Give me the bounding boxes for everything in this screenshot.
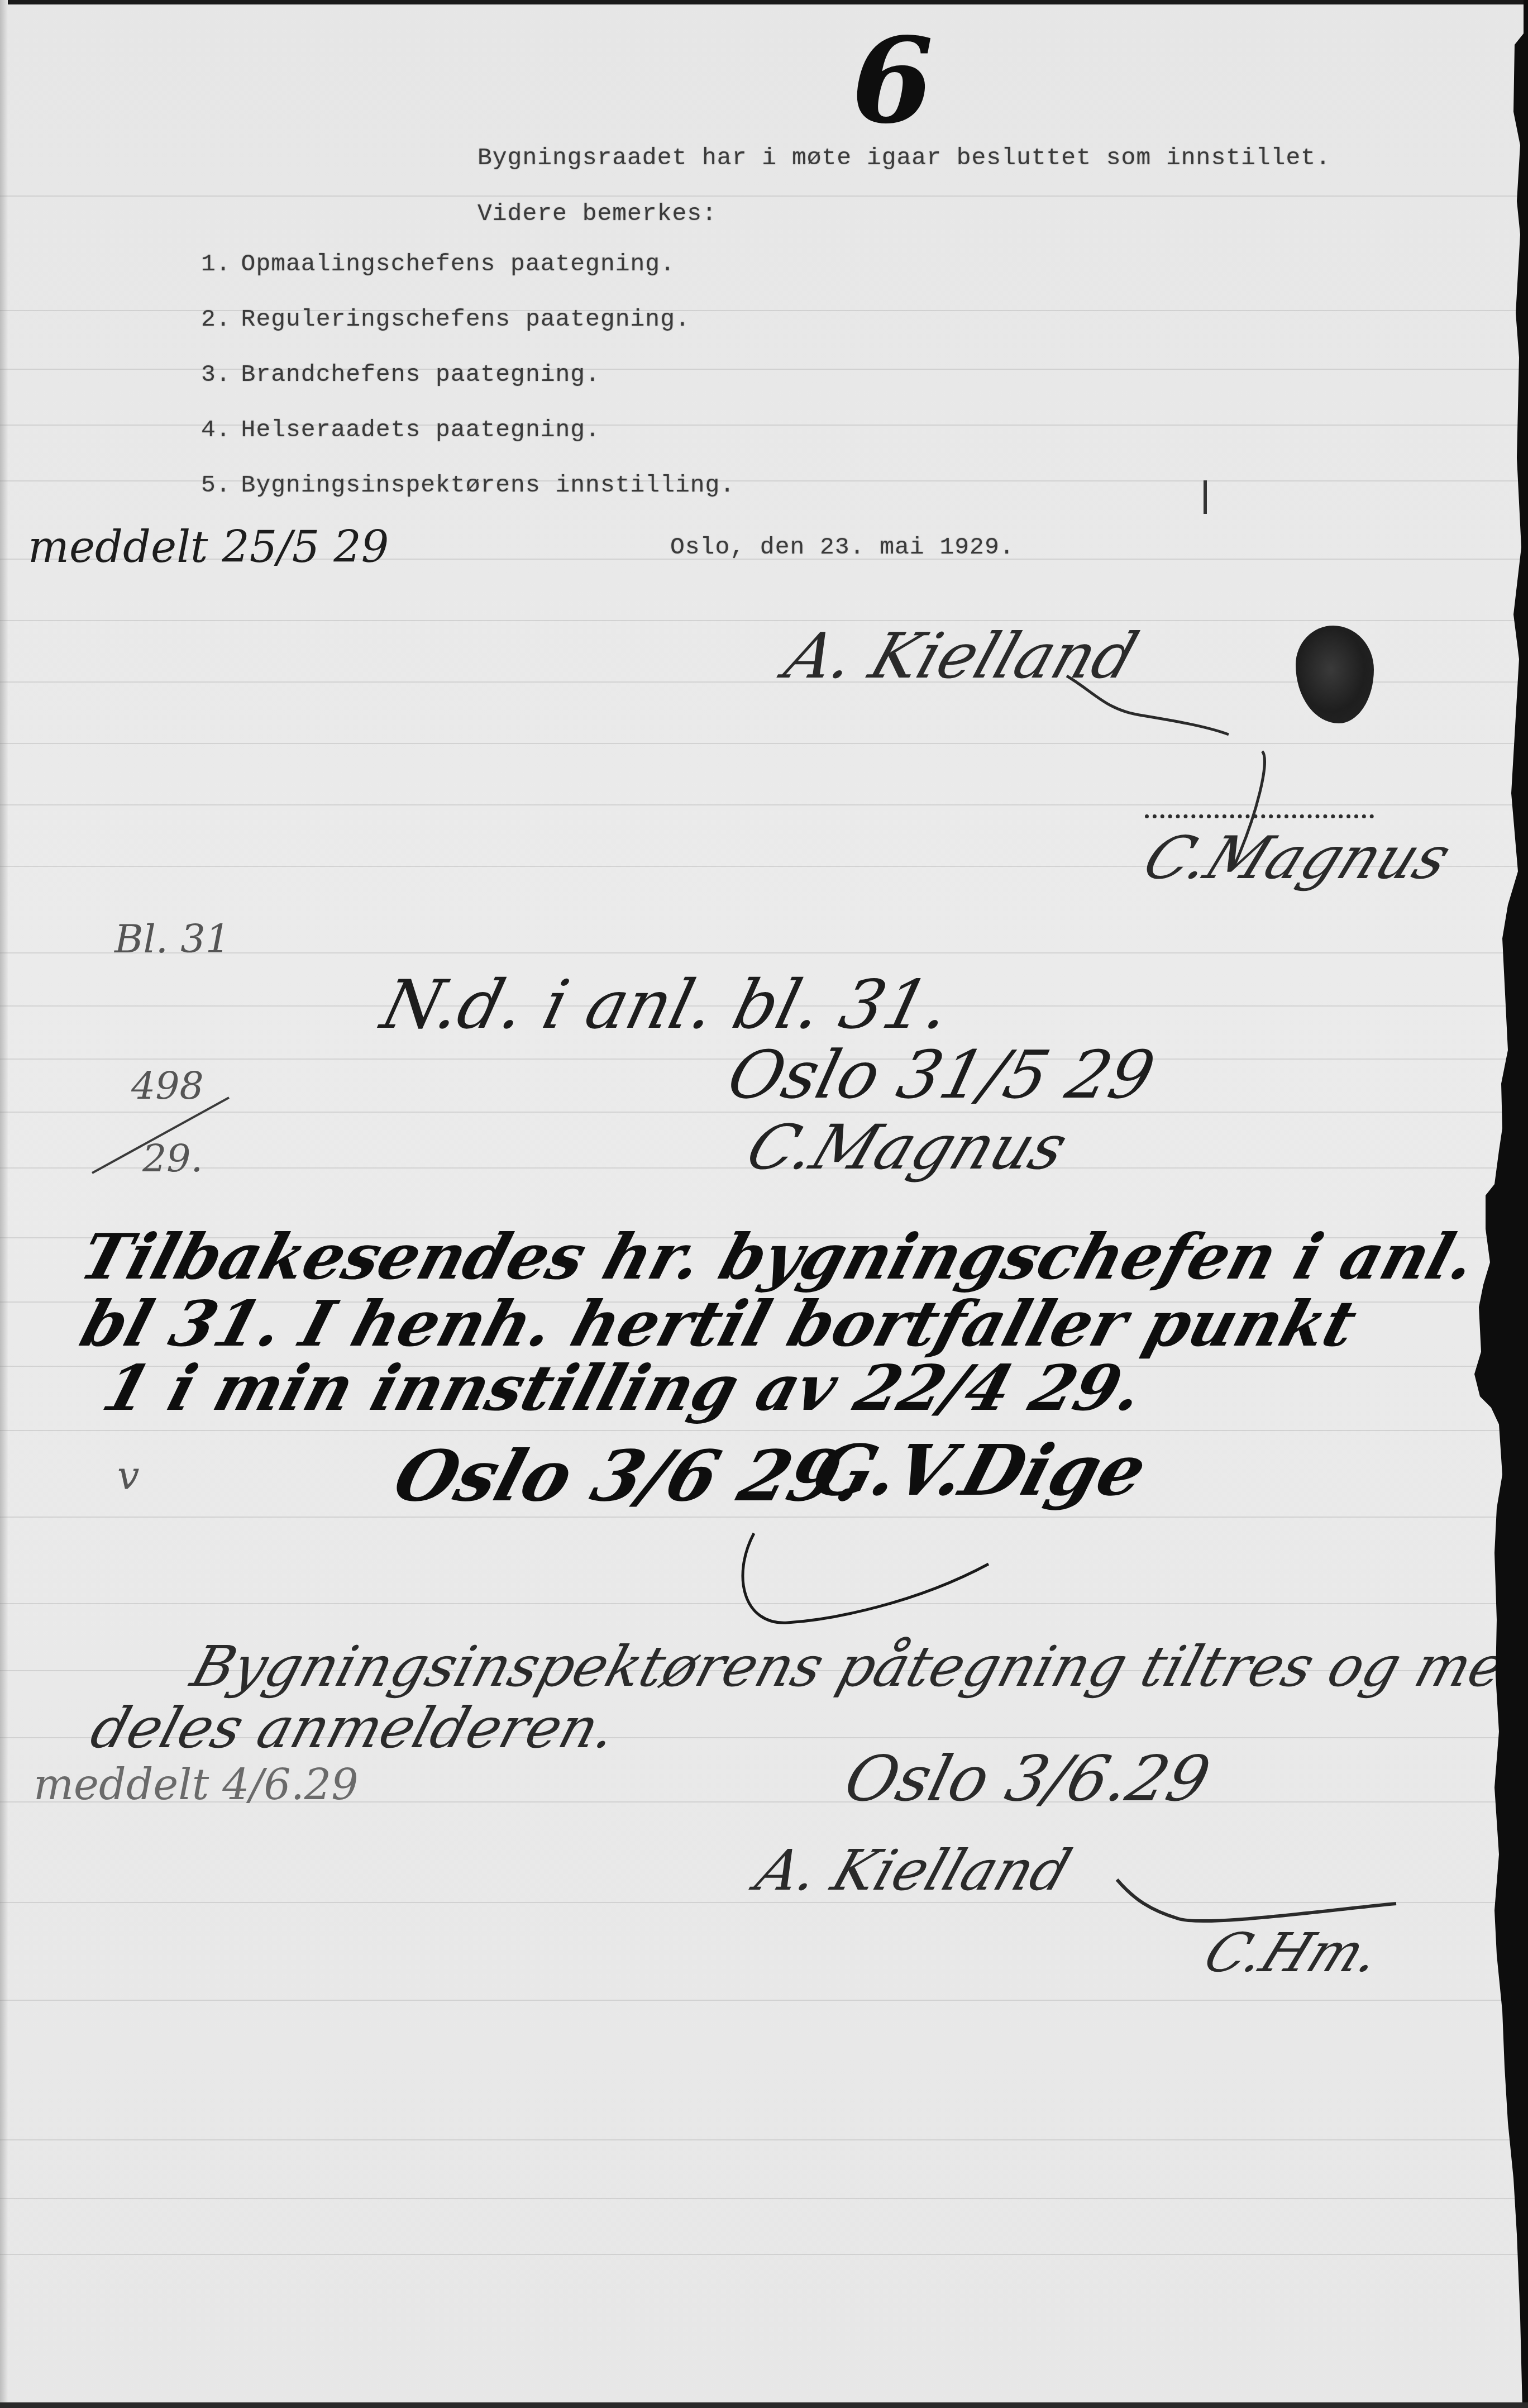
list-item-text: Reguleringschefens paategning. (241, 306, 690, 333)
paper-rule-line (0, 743, 1528, 744)
signature-dige: G.V.Dige (804, 1430, 1155, 1511)
paper-rule-line (0, 2000, 1528, 2001)
list-item-text: Helseraadets paategning. (241, 416, 600, 444)
signature-kielland-2: A. Kielland (748, 1838, 1079, 1903)
scan-top-border (0, 0, 1528, 4)
pencil-mark (1204, 480, 1207, 514)
signature-magnus-2: C.Magnus (737, 1112, 1077, 1183)
handwritten-oslo-date: Oslo 31/5 29 (720, 1036, 1162, 1113)
typed-place-date: Oslo, den 23. mai 1929. (670, 533, 1015, 561)
handwritten-paragraph-line: Tilbakesendes hr. bygningschefen i anl. … (73, 1220, 1528, 1294)
paper-rule-line (0, 1430, 1528, 1431)
signature-magnus: C.Magnus (1134, 824, 1461, 892)
paper-rule-line (0, 620, 1528, 621)
wax-seal (1296, 626, 1374, 723)
scanned-document-page: 6 Bygningsraadet har i møte igaar beslut… (0, 0, 1528, 2408)
handwritten-oslo-date: Oslo 3/6 29. (385, 1436, 875, 1517)
list-item-text: Opmaalingschefens paategning. (241, 250, 675, 278)
typed-numbered-list: 1. Opmaalingschefens paategning. 2. Regu… (201, 250, 735, 527)
list-item-text: Bygningsinspektørens innstilling. (241, 471, 736, 499)
handwritten-paragraph-line: bl 31. I henh. hertil bortfaller punkt (73, 1288, 1364, 1361)
list-item: 3. Brandchefens paategning. (201, 361, 735, 416)
list-item: 5. Bygningsinspektørens innstilling. (201, 471, 735, 527)
handwritten-paragraph-line: Bygningsinspektørens påtegning tiltres o… (184, 1634, 1528, 1699)
handwritten-paragraph-line: deles anmelderen. (84, 1695, 624, 1761)
list-item-number: 2. (201, 306, 231, 333)
handwritten-paragraph-line: 1 i min innstilling av 22/4 29. (95, 1352, 1152, 1425)
list-item-number: 4. (201, 416, 231, 444)
list-item-number: 1. (201, 250, 231, 278)
handwritten-page-number: 6 (852, 22, 933, 140)
paper-rule-line (0, 2254, 1528, 2255)
list-item: 1. Opmaalingschefens paategning. (201, 250, 735, 306)
scan-left-shadow (0, 0, 8, 2408)
typed-intro-line: Bygningsraadet har i møte igaar beslutte… (477, 144, 1331, 171)
paper-rule-line (0, 195, 1528, 197)
handwritten-oslo-date: Oslo 3/6.29 (838, 1743, 1217, 1815)
handwritten-note-meddelt: meddelt 25/5 29 (28, 522, 389, 573)
signature-initials: C.Hm. (1195, 1921, 1391, 1984)
signature-flourish-arc (732, 1530, 1044, 1631)
list-item-number: 3. (201, 361, 231, 388)
paper-rule-line (0, 2139, 1528, 2140)
check-mark: v (117, 1452, 140, 1498)
list-item: 4. Helseraadets paategning. (201, 416, 735, 471)
handwritten-ref-bl: Bl. 31 (114, 916, 230, 962)
paper-rule-line (0, 804, 1528, 805)
case-number-bottom: 29. (142, 1137, 203, 1181)
typed-subheading: Videre bemerkes: (477, 200, 717, 227)
scan-bottom-border (0, 2402, 1528, 2408)
list-item: 2. Reguleringschefens paategning. (201, 306, 735, 361)
list-item-text: Brandchefens paategning. (241, 361, 600, 388)
paper-rule-line (0, 2198, 1528, 2199)
handwritten-note-nd: N.d. i anl. bl. 31. (374, 966, 958, 1044)
signature-flourish (1061, 670, 1240, 737)
list-item-number: 5. (201, 471, 231, 499)
handwritten-note-meddelt: meddelt 4/6.29 (34, 1759, 359, 1809)
